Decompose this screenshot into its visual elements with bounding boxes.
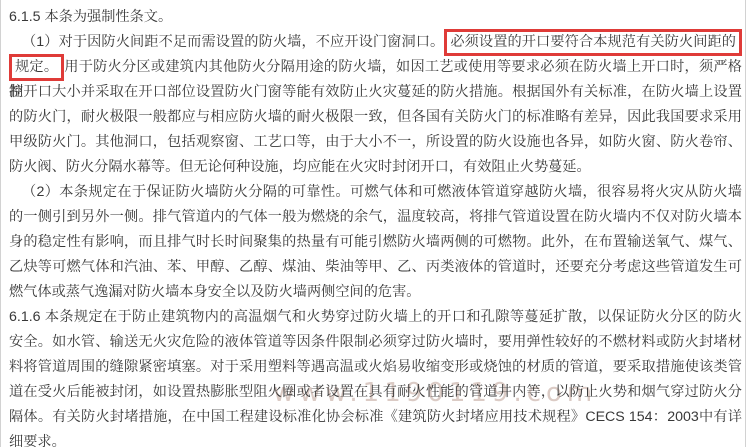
text-line: 乙炔等可燃气体和汽油、苯、甲醇、乙醇、煤油、柴油等甲、乙、丙类液体的管道时，还要…: [9, 255, 742, 280]
text-line: 的一侧引到另外一侧。排气管道内的气体一般为燃烧的余气，温度较高，将排气管道设置在…: [9, 205, 742, 230]
text-line: 甲级防火门。其他洞口，包括观察窗、工艺口等，由于大小不一，所设置的防火设施也各异…: [9, 130, 742, 155]
text-line-clause-6-1-6: 6.1.6 本条规定在于防止建筑物内的高温烟气和火势穿过防火墙上的开口和孔隙等蔓…: [9, 305, 742, 330]
text-line-clause-6-1-5: 6.1.5 本条为强制性条文。: [9, 5, 742, 30]
text-line: 隔体。有关防火封堵措施，在中国工程建设标准化协会标准《建筑防火封堵应用技术规程》…: [9, 405, 742, 430]
text-line: 安全。如水管、输送无火灾危险的液体管道等因条件限制必须穿过防火墙时，要用弹性较好…: [9, 330, 742, 355]
text-line: 制开口大小并采取在开口部位设置防火门窗等能有效防止火灾蔓延的防火措施。根据国外有…: [9, 80, 742, 105]
text-line-item1-cont: 规定。用于防火分区或建筑内其他防火分隔用途的防火墙，如因工艺或使用等要求必须在防…: [9, 55, 742, 80]
text-line-last: 细要求。: [9, 430, 742, 447]
text-line: 道在受火后能被封闭，如设置热膨胀型阻火圈或者设置在具有耐火性能的管道井内等，以防…: [9, 380, 742, 405]
text-line-item1-start: （1）对于因防火间距不足而需设置的防火墙，不应开设门窗洞口。必须设置的开口要符合…: [9, 30, 742, 55]
highlighted-phrase: 规定。: [9, 54, 64, 81]
paragraph-text: （1）对于因防火间距不足而需设置的防火墙，不应开设门窗洞口。: [22, 34, 444, 50]
document-panel: www.1190119.com 6.1.5 本条为强制性条文。 （1）对于因防火…: [0, 0, 746, 447]
text-line: 燃气体或蒸气逸漏对防火墙本身安全以及防火墙两侧空间的危害。: [9, 280, 742, 305]
text-line: 料将管道周围的缝隙紧密填塞。对于采用塑料等遇高温或火焰易收缩变形或烧蚀的材质的管…: [9, 355, 742, 380]
highlighted-phrase: 必须设置的开口要符合本规范有关防火间距的: [444, 29, 742, 56]
text-line: 身的稳定性有影响，而且排气时长时间聚集的热量有可能引燃防火墙两侧的可燃物。此外，…: [9, 230, 742, 255]
text-line: 防火阀、防火分隔水幕等。但无论何种设施，均应能在火灾时封闭开口，有效阻止火势蔓延…: [9, 155, 742, 180]
text-line: 的防火门，耐火极限一般都应与相应防火墙的耐火极限一致，但各国有关防火门的标准略有…: [9, 105, 742, 130]
text-line-item2-start: （2）本条规定在于保证防火墙防火分隔的可靠性。可燃气体和可燃液体管道穿越防火墙，…: [9, 180, 742, 205]
